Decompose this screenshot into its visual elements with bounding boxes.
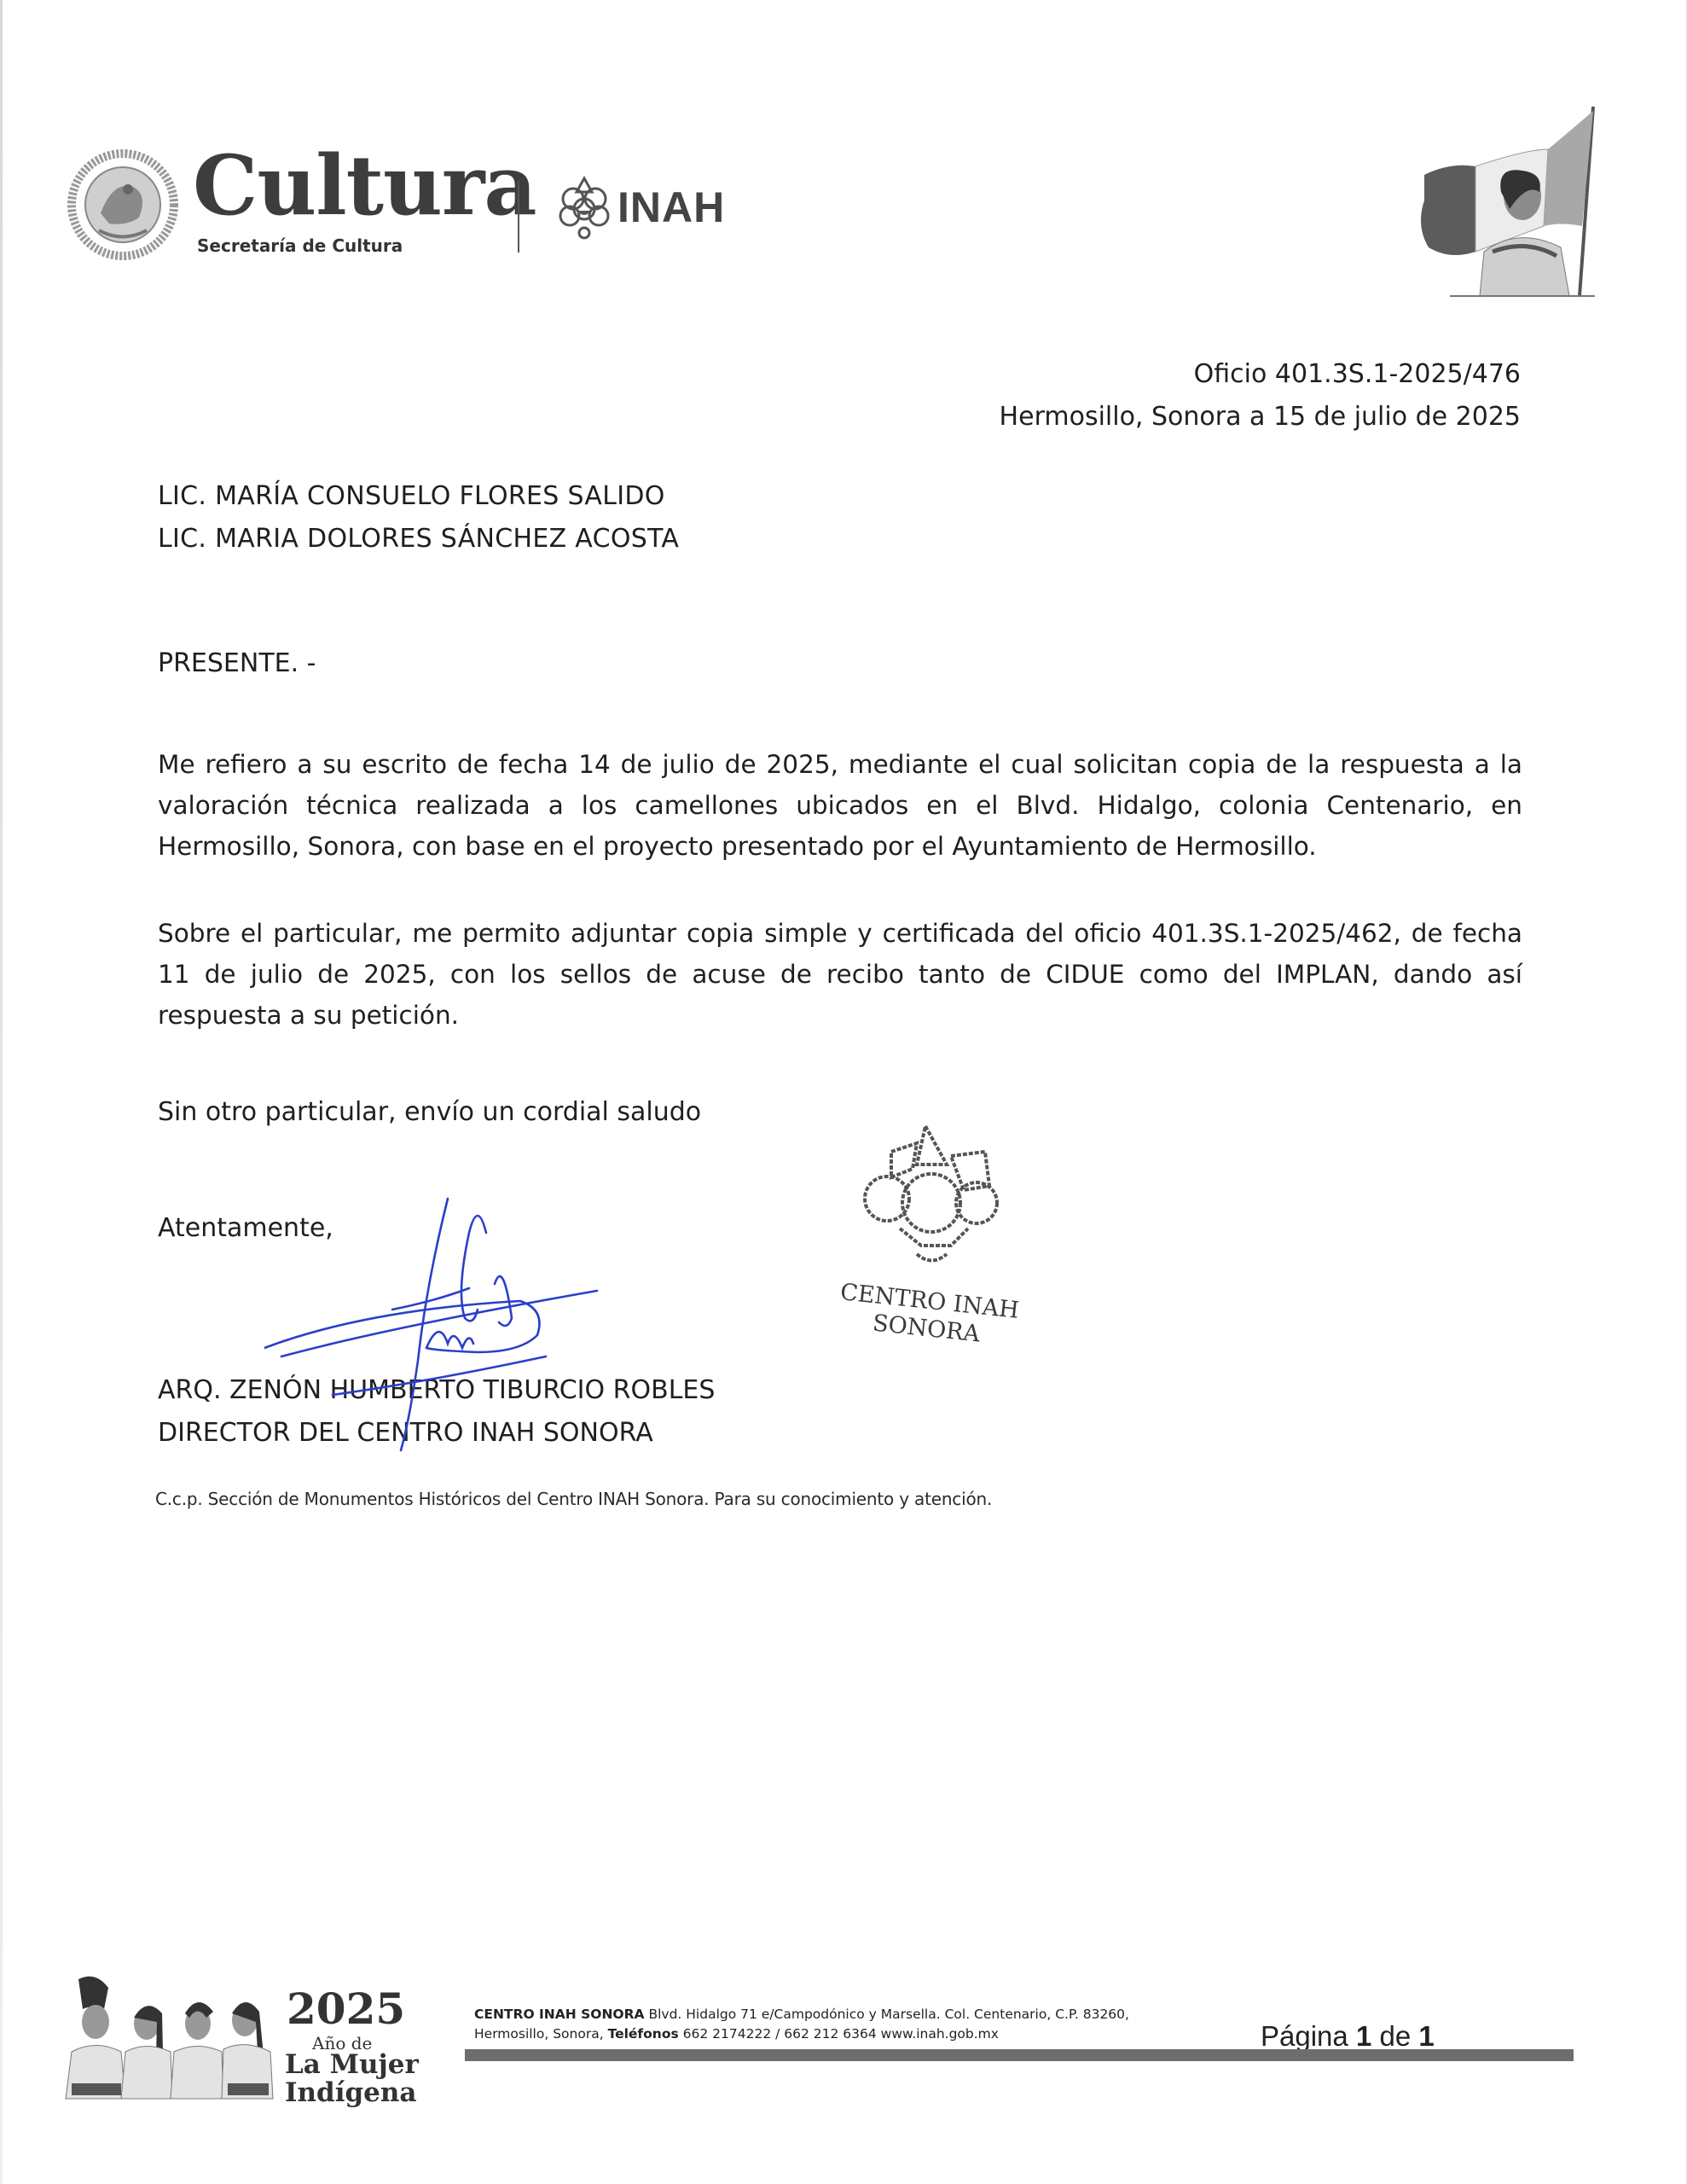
recipient: LIC. MARÍA CONSUELO FLORES SALIDO [158,475,679,518]
indigenous-women-illustration [61,1971,283,2107]
footer-year-theme: La Mujer Indígena [285,2051,419,2106]
inah-logo-icon [554,175,614,240]
footer-address: CENTRO INAH SONORA Blvd. Hidalgo 71 e/Ca… [474,2005,1129,2044]
footer-city: Hermosillo, Sonora, [474,2026,608,2042]
footer-address-line: Blvd. Hidalgo 71 e/Campodónico y Marsell… [645,2007,1129,2022]
official-stamp: CENTRO INAH SONORA [832,1118,1028,1356]
handwritten-signature [264,1182,623,1455]
footer-year: 2025 [287,1988,405,2030]
body-paragraph: Me refiero a su escrito de fecha 14 de j… [158,744,1522,867]
cc-line: C.c.p. Sección de Monumentos Históricos … [155,1489,992,1509]
brand-divider [518,181,519,253]
document-meta: Oficio 401.3S.1-2025/476 Hermosillo, Son… [1000,353,1521,439]
footer-bar [465,2049,1574,2061]
recipients: LIC. MARÍA CONSUELO FLORES SALIDO LIC. M… [158,475,679,561]
brand-cultura: Cultura [193,145,536,227]
footer-org: CENTRO INAH SONORA [474,2007,645,2022]
page-total: 1 [1418,2020,1434,2052]
footer-phones-web: 662 2174222 / 662 212 6364 www.inah.gob.… [679,2026,999,2042]
place-date: Hermosillo, Sonora a 15 de julio de 2025 [1000,396,1521,439]
page-current: 1 [1356,2020,1371,2052]
oficio-number: Oficio 401.3S.1-2025/476 [1000,353,1521,396]
scan-edge [0,0,3,2184]
page-indicator: Página 1 de 1 [1261,2020,1435,2053]
inah-stamp-emblem-icon [832,1118,1028,1280]
body-paragraph: Sobre el particular, me permito adjuntar… [158,913,1522,1036]
page-of: de [1371,2020,1418,2052]
footer-year-theme-line: Indígena [285,2079,419,2107]
recipient: LIC. MARIA DOLORES SÁNCHEZ ACOSTA [158,518,679,561]
footer-phones-label: Teléfonos [608,2026,679,2042]
mexico-coat-of-arms-icon [67,145,179,264]
heroine-with-flag-illustration [1399,98,1603,299]
brand-subtitle: Secretaría de Cultura [197,235,403,256]
closing-line: Sin otro particular, envío un cordial sa… [158,1097,701,1127]
page-label: Página [1261,2020,1356,2052]
inah-wordmark: INAH [617,183,725,232]
salutation: PRESENTE. - [158,648,316,678]
footer-year-theme-line: La Mujer [285,2051,419,2079]
